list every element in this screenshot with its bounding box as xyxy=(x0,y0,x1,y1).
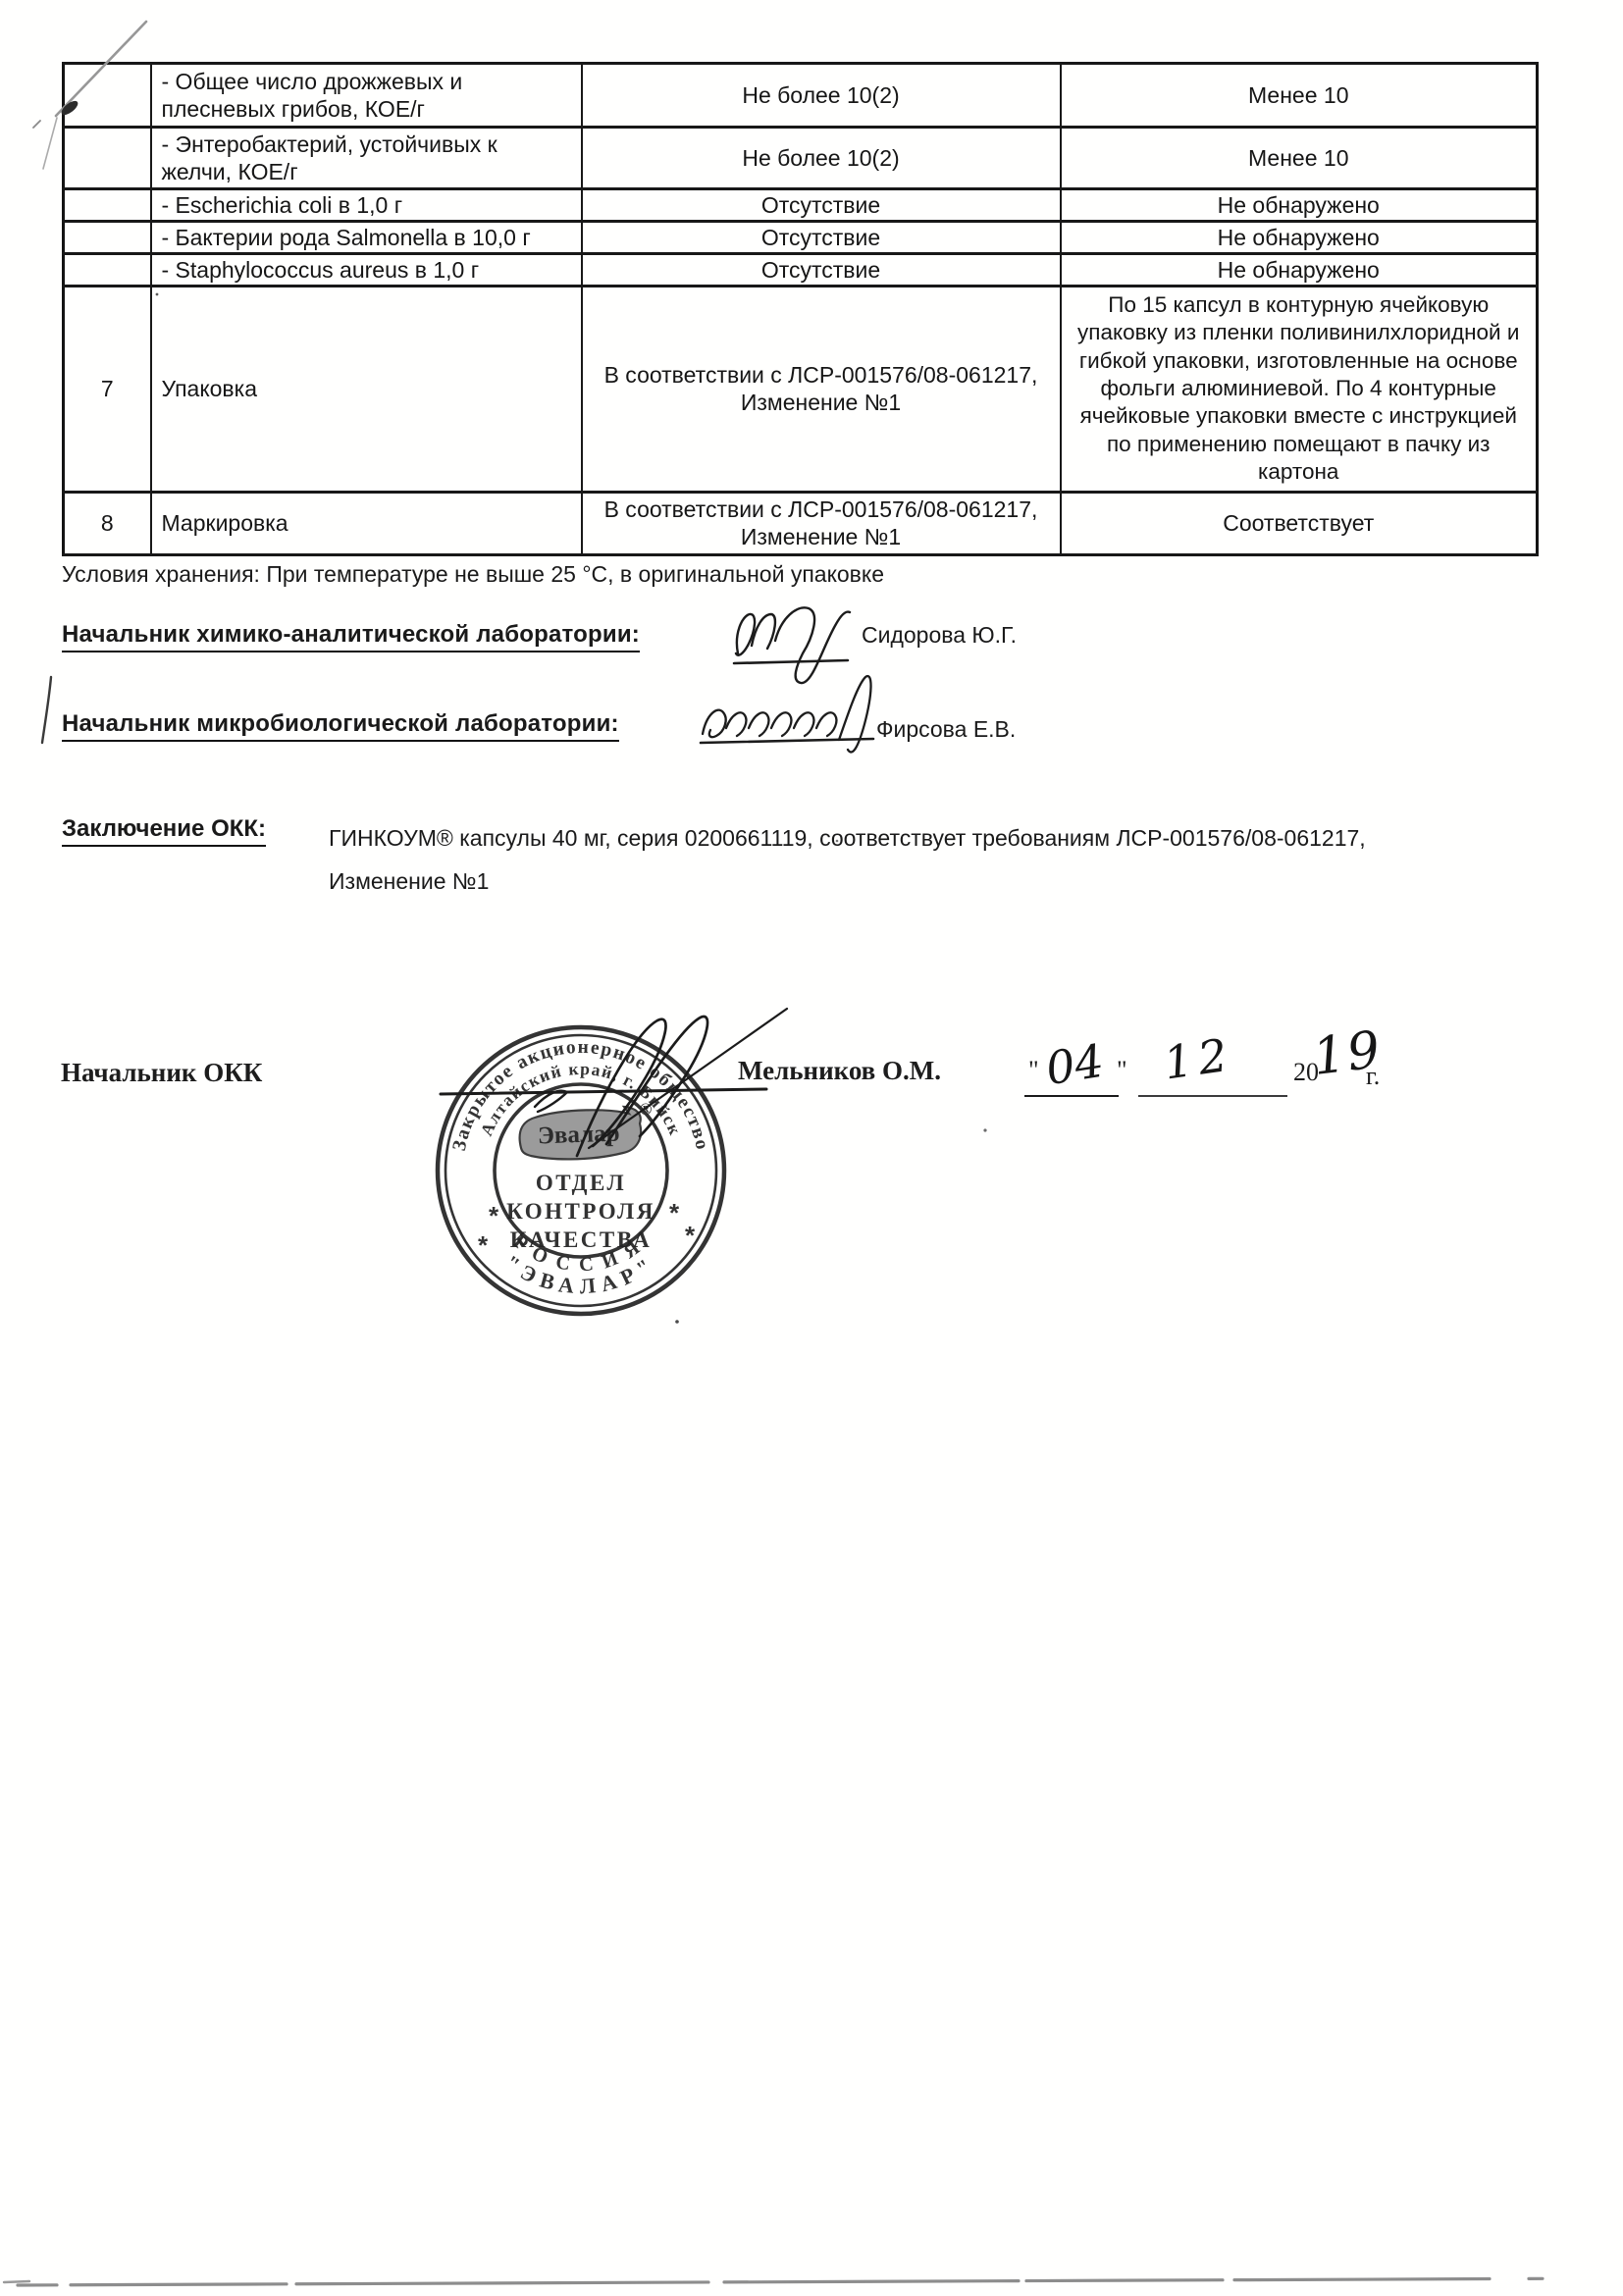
scanned-qc-certificate-page: - Общее число дрожжевых и плесневых гриб… xyxy=(0,0,1623,2296)
parameter-name: Упаковка xyxy=(151,287,582,492)
round-company-stamp: Закрытое акционерное общество Алтайский … xyxy=(419,1011,743,1334)
row-number: 8 xyxy=(64,492,151,554)
parameter-name: - Энтеробактерий, устойчивых к желчи, КО… xyxy=(151,128,582,189)
qc-chief-title: Начальник ОКК xyxy=(61,1058,262,1088)
requirement-value: В соответствии с ЛСР-001576/08-061217, И… xyxy=(582,492,1061,554)
result-value: Менее 10 xyxy=(1061,64,1538,128)
row-number xyxy=(64,222,151,254)
stamp-star-icon: * xyxy=(685,1221,696,1250)
table-row: - Общее число дрожжевых и плесневых гриб… xyxy=(64,64,1538,128)
row-number xyxy=(64,254,151,287)
pencil-mark xyxy=(33,121,40,128)
result-value: Менее 10 xyxy=(1061,128,1538,189)
registered-mark-icon: ® xyxy=(640,1100,653,1119)
result-value: Соответствует xyxy=(1061,492,1538,554)
date-open-quote: " xyxy=(1028,1056,1039,1085)
date-close-quote: " xyxy=(1117,1056,1127,1085)
table-row: 8 Маркировка В соответствии с ЛСР-001576… xyxy=(64,492,1538,554)
chem-lab-head-label: Начальник химико-аналитической лаборатор… xyxy=(62,621,640,652)
micro-lab-head-name: Фирсова Е.В. xyxy=(876,716,1016,743)
date-year-suffix: г. xyxy=(1366,1062,1380,1091)
parameter-name: Маркировка xyxy=(151,492,582,554)
result-value: Не обнаружено xyxy=(1061,254,1538,287)
requirement-value: Отсутствие xyxy=(582,222,1061,254)
result-value: Не обнаружено xyxy=(1061,222,1538,254)
speck xyxy=(983,1128,986,1131)
row-number: 7 xyxy=(64,287,151,492)
qc-results-table: - Общее число дрожжевых и плесневых гриб… xyxy=(62,62,1539,556)
micro-lab-head-label: Начальник микробиологической лаборатории… xyxy=(62,710,619,742)
qc-chief-name: Мельников О.М. xyxy=(738,1056,941,1086)
table-row: - Escherichia coli в 1,0 г Отсутствие Не… xyxy=(64,189,1538,222)
date-month-handwritten: 12 xyxy=(1161,1027,1236,1089)
parameter-name: - Бактерии рода Salmonella в 10,0 г xyxy=(151,222,582,254)
requirement-value: Не более 10(2) xyxy=(582,128,1061,189)
stamp-dept-line2: КОНТРОЛЯ xyxy=(506,1199,655,1224)
date-month-underline xyxy=(1138,1095,1287,1097)
date-day-underline xyxy=(1024,1095,1119,1097)
parameter-name: - Общее число дрожжевых и плесневых гриб… xyxy=(151,64,582,128)
row-number xyxy=(64,128,151,189)
scan-edge-line xyxy=(4,2281,29,2282)
table-row: - Staphylococcus aureus в 1,0 г Отсутств… xyxy=(64,254,1538,287)
signature-sidorova xyxy=(734,607,850,683)
result-value: По 15 капсул в контурную ячейковую упако… xyxy=(1061,287,1538,492)
qc-conclusion-label: Заключение ОКК: xyxy=(62,815,266,847)
stamp-dept-line3: КАЧЕСТВА xyxy=(510,1227,652,1252)
table-row: - Бактерии рода Salmonella в 10,0 г Отсу… xyxy=(64,222,1538,254)
requirement-value: Отсутствие xyxy=(582,254,1061,287)
chem-lab-head-name: Сидорова Ю.Г. xyxy=(862,622,1017,649)
stamp-star-icon: * xyxy=(489,1201,499,1230)
qc-conclusion-line2: Изменение №1 xyxy=(329,868,489,894)
stray-slash-mark xyxy=(42,677,51,743)
stamp-star-icon: * xyxy=(669,1198,680,1227)
requirement-value: В соответствии с ЛСР-001576/08-061217, И… xyxy=(582,287,1061,492)
stamp-star-icon: * xyxy=(478,1230,489,1260)
signature-firsova xyxy=(701,676,873,752)
evalar-logo: Эвалар ® xyxy=(520,1100,653,1159)
evalar-logo-text: Эвалар xyxy=(537,1121,620,1150)
requirement-value: Не более 10(2) xyxy=(582,64,1061,128)
result-value: Не обнаружено xyxy=(1061,189,1538,222)
scan-edge-line xyxy=(18,2278,1609,2285)
table-row: 7 Упаковка В соответствии с ЛСР-001576/0… xyxy=(64,287,1538,492)
date-day-handwritten: 04 xyxy=(1042,1034,1107,1095)
pencil-mark xyxy=(43,118,57,169)
table-row: - Энтеробактерий, устойчивых к желчи, КО… xyxy=(64,128,1538,189)
requirement-value: Отсутствие xyxy=(582,189,1061,222)
qc-conclusion-line1: ГИНКОУМ® капсулы 40 мг, серия 0200661119… xyxy=(329,825,1366,851)
qc-conclusion-text: ГИНКОУМ® капсулы 40 мг, серия 0200661119… xyxy=(329,817,1516,903)
stamp-dept-line1: ОТДЕЛ xyxy=(536,1171,626,1195)
row-number xyxy=(64,189,151,222)
parameter-name: - Escherichia coli в 1,0 г xyxy=(151,189,582,222)
parameter-name: - Staphylococcus aureus в 1,0 г xyxy=(151,254,582,287)
storage-conditions-line: Условия хранения: При температуре не выш… xyxy=(62,561,884,588)
row-number xyxy=(64,64,151,128)
